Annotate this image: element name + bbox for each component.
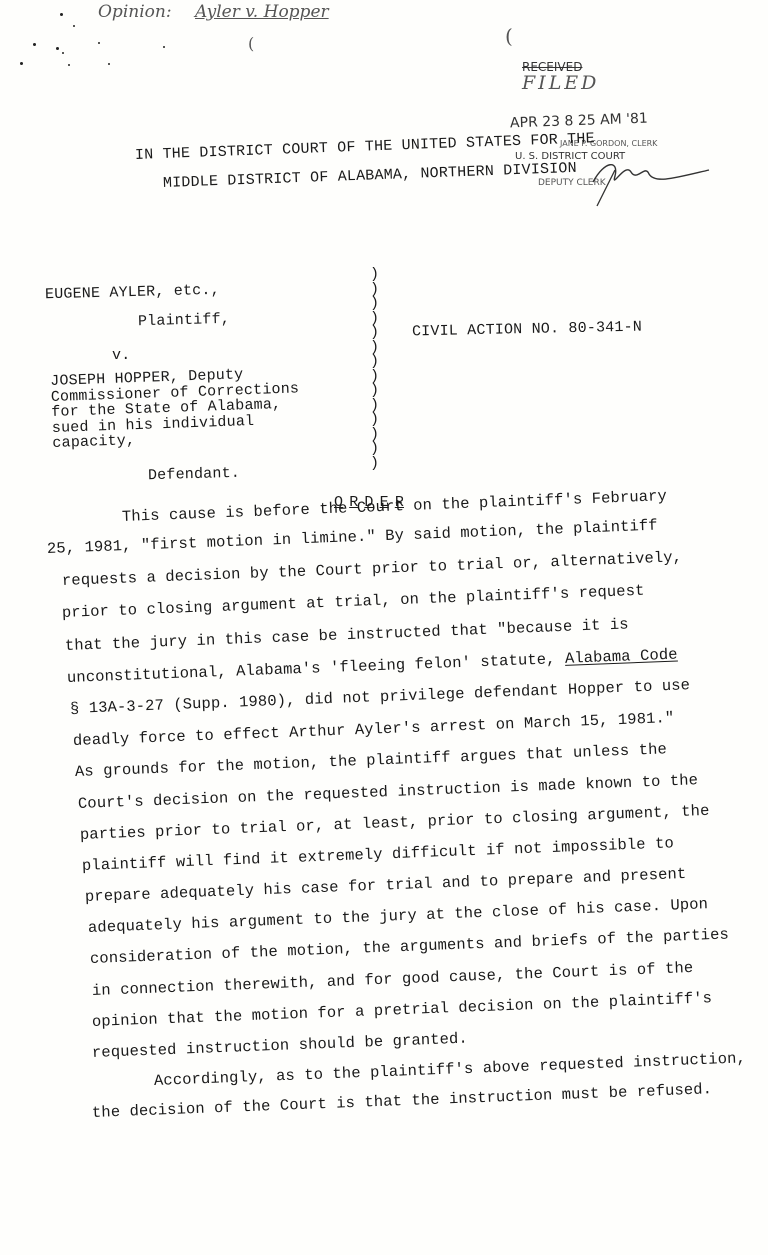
stray-mark: (: [505, 24, 513, 48]
stamp-datetime: APR 23 8 25 AM '81: [510, 111, 648, 132]
civil-action-number: CIVIL ACTION NO. 80-341-N: [412, 319, 642, 341]
court-heading-line-2: MIDDLE DISTRICT OF ALABAMA, NORTHERN DIV…: [163, 160, 577, 192]
signature-icon: [585, 150, 715, 210]
handwritten-case-name: Ayler v. Hopper: [195, 2, 329, 22]
handwritten-note: Opinion:: [98, 2, 172, 22]
stamp-filed: FILED: [522, 72, 599, 94]
defendant-role: Defendant.: [148, 465, 240, 484]
versus: v.: [112, 347, 130, 364]
plaintiff-name: EUGENE AYLER, etc.,: [45, 282, 220, 304]
stray-mark: (: [248, 34, 254, 53]
paragraph-1-line: that the jury in this case be instructed…: [65, 615, 629, 655]
statute-citation: Alabama Code: [565, 646, 678, 668]
paragraph-1-line: requested instruction should be granted.: [92, 1030, 468, 1062]
plaintiff-role: Plaintiff,: [138, 311, 230, 330]
paragraph-1-line: prior to closing argument at trial, on t…: [62, 582, 645, 622]
caption-bracket: )))))))))))))): [370, 268, 379, 471]
defendant-description: JOSEPH HOPPER, Deputy Commissioner of Co…: [50, 365, 301, 451]
